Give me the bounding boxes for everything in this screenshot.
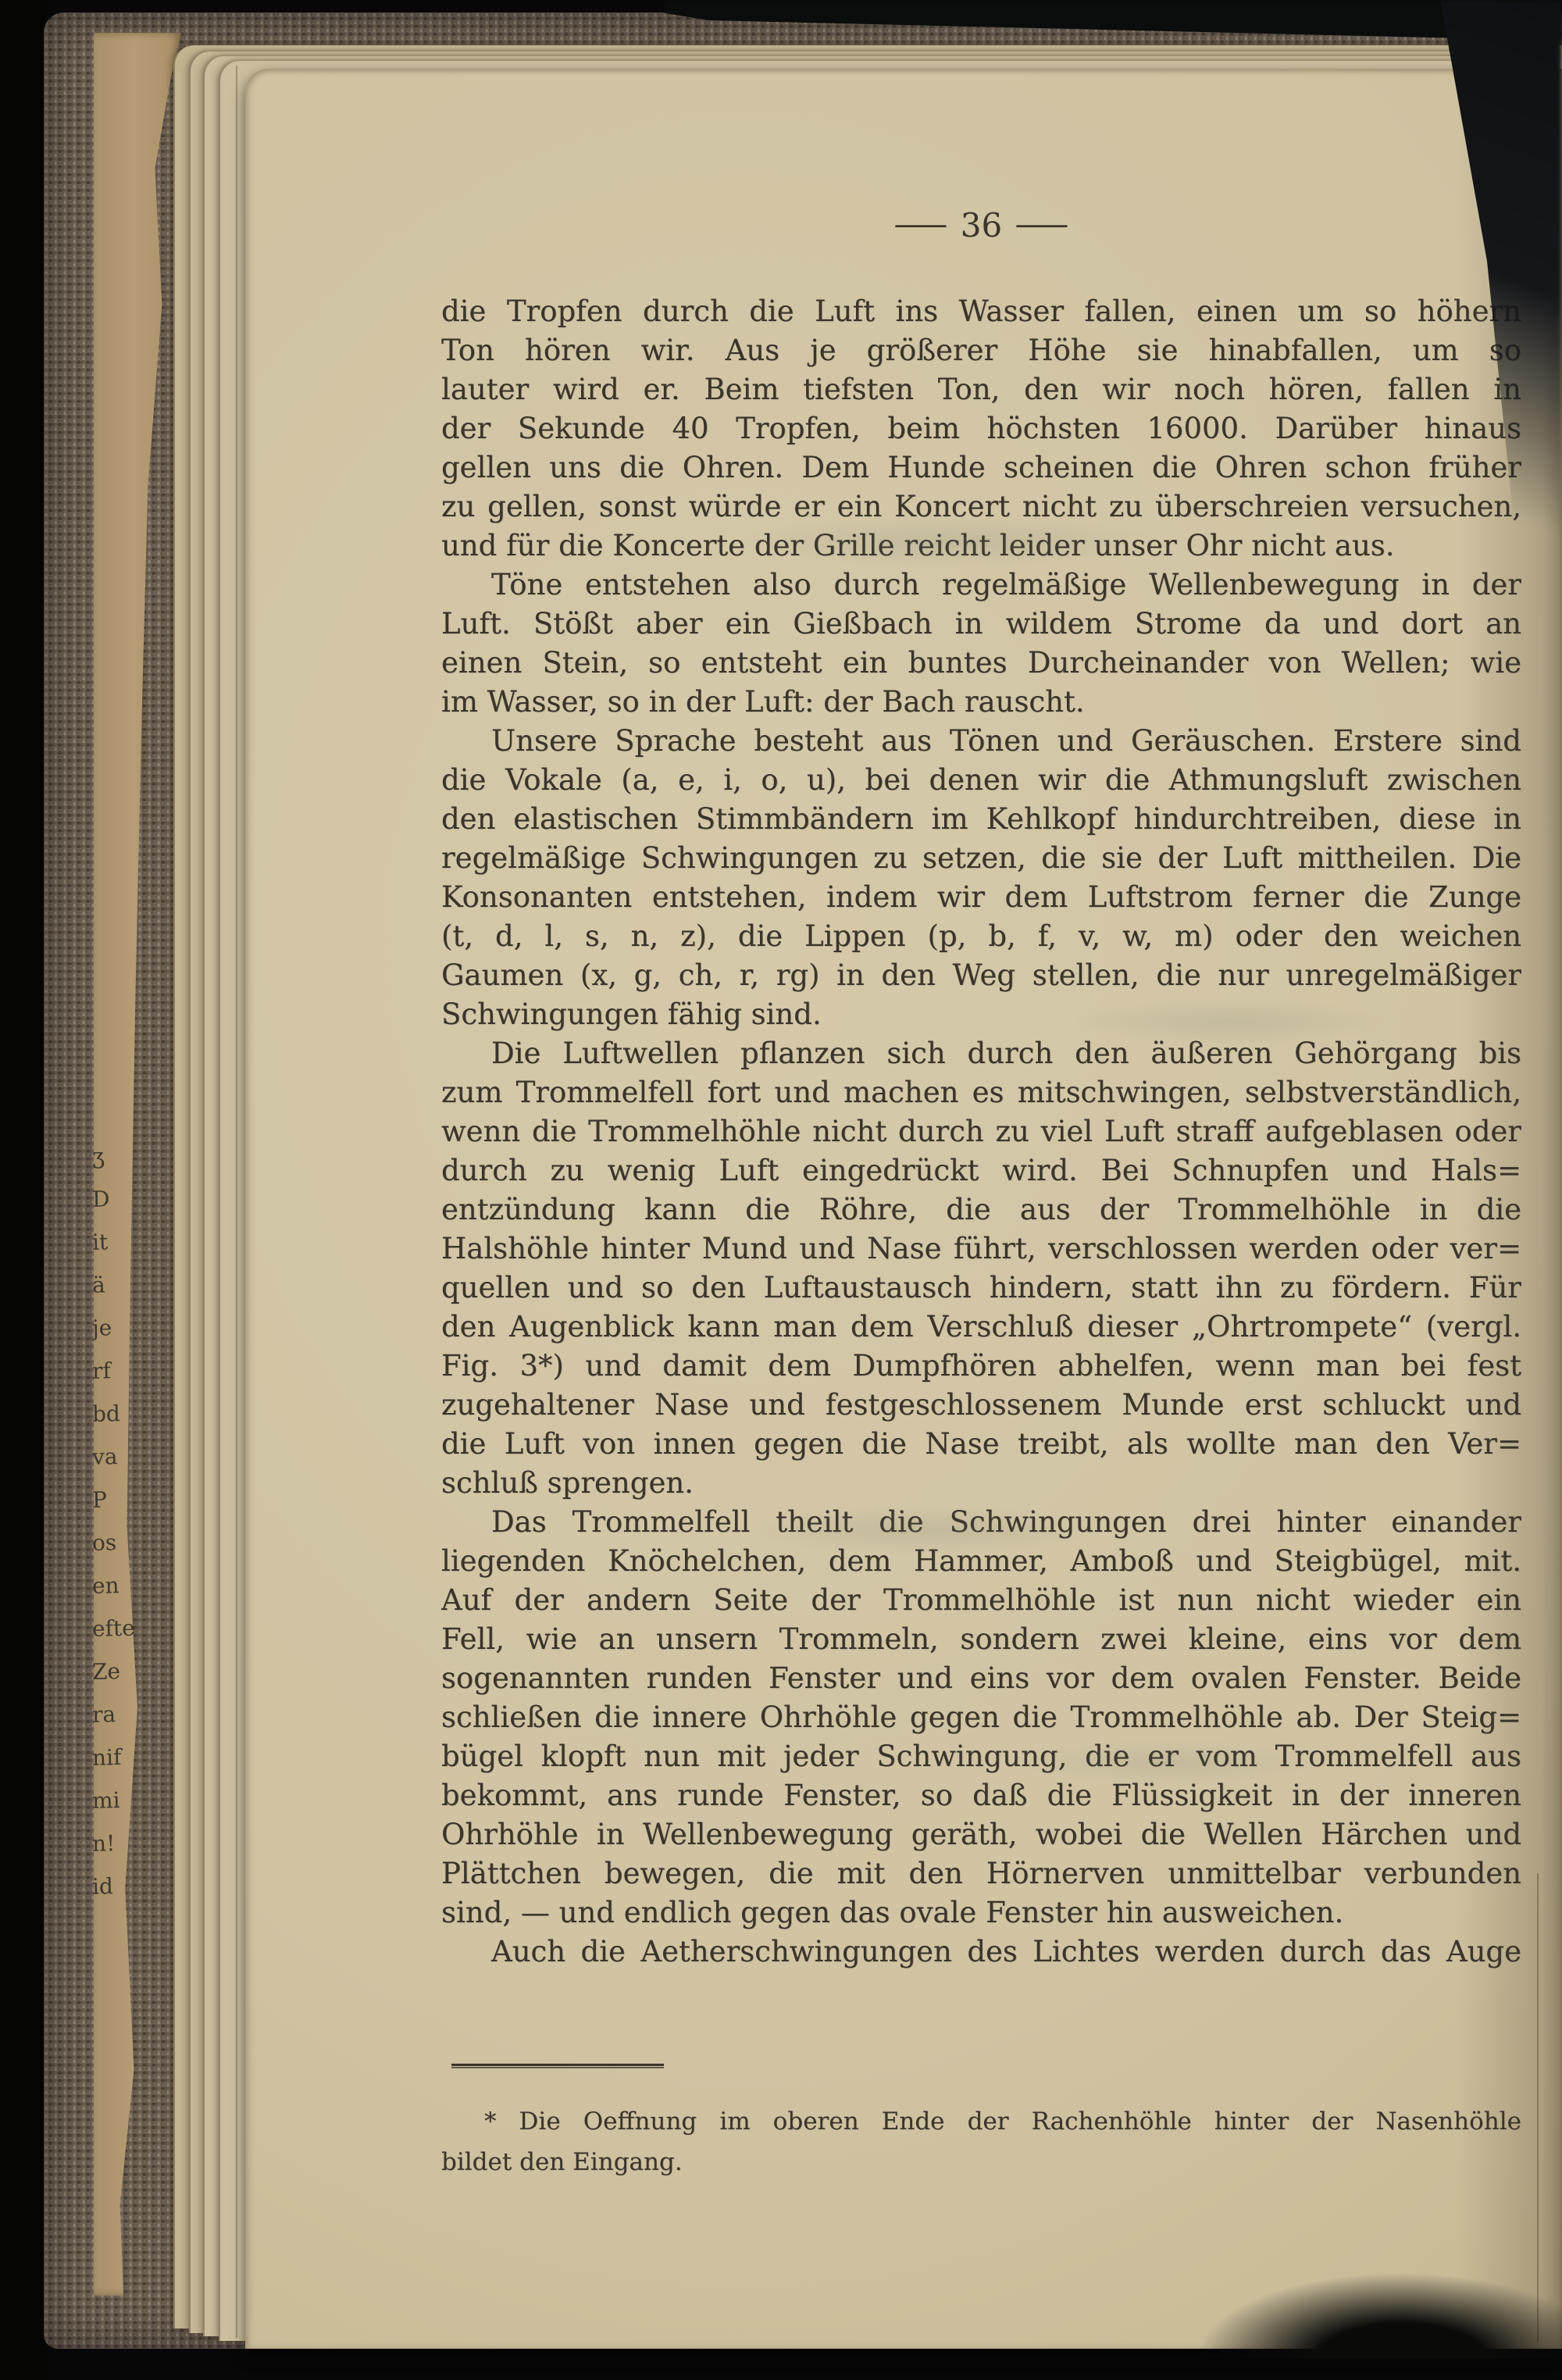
footnote-rule (451, 2064, 664, 2068)
text-line: bekommt, ans runde Fenster, so daß die F… (441, 1776, 1521, 1815)
edge-fragment: je (91, 1305, 155, 1350)
edge-fragment: rf (91, 1348, 155, 1393)
paragraph: die Tropfen durch die Luft ins Wasser fa… (441, 292, 1521, 566)
text-line: schließen die innere Ohrhöhle gegen die … (441, 1698, 1521, 1737)
text-line: Auf der andern Seite der Trommelhöhle is… (441, 1581, 1521, 1620)
text-line: durch zu wenig Luft eingedrückt wird. Be… (441, 1151, 1521, 1190)
paragraph: Das Trommelfell theilt die Schwingungen … (441, 1503, 1521, 1932)
text-line: gellen uns die Ohren. Dem Hunde scheinen… (441, 448, 1521, 487)
photo-black-left-edge (0, 0, 48, 2380)
text-line: quellen und so den Luftaustausch hindern… (441, 1269, 1521, 1308)
page-number-value: 36 (961, 206, 1002, 244)
text-line: einen Stein, so entsteht ein buntes Durc… (441, 644, 1521, 683)
text-line: die Tropfen durch die Luft ins Wasser fa… (441, 292, 1521, 331)
text-line: den elastischen Stimmbändern im Kehlkopf… (441, 800, 1521, 839)
text-line: wenn die Trommelhöhle nicht durch zu vie… (441, 1112, 1521, 1151)
edge-fragment: efte (91, 1606, 155, 1650)
text-line: (t, d, l, s, n, z), die Lippen (p, b, f,… (441, 917, 1521, 956)
page-number: —36— (441, 206, 1521, 247)
edge-fragment: ʒ (91, 1133, 155, 1178)
paragraph: Töne entstehen also durch regelmäßige We… (441, 566, 1521, 722)
footnote-line: * Die Oeffnung im oberen Ende der Rachen… (441, 2101, 1521, 2142)
text-line: den Augenblick kann man dem Verschluß di… (441, 1308, 1521, 1347)
paragraph: Die Luftwellen pflanzen sich durch den ä… (441, 1034, 1521, 1503)
photo-shadow-bottom-right (1140, 2249, 1562, 2358)
text-line: entzündung kann die Röhre, die aus der T… (441, 1190, 1521, 1229)
edge-fragment: ä (91, 1262, 155, 1307)
text-line: im Wasser, so in der Luft: der Bach raus… (441, 683, 1521, 722)
text-line: Luft. Stößt aber ein Gießbach in wildem … (441, 605, 1521, 644)
text-line: der Sekunde 40 Tropfen, beim höchsten 16… (441, 409, 1521, 448)
edge-fragment: bd (91, 1391, 155, 1436)
text-line: schluß sprengen. (441, 1464, 1521, 1503)
edge-fragment: P (91, 1477, 155, 1522)
edge-fragment: D (91, 1176, 155, 1221)
footnote-line: bildet den Eingang. (441, 2142, 1521, 2182)
text-line: Gaumen (x, g, ch, r, rg) in den Weg stel… (441, 956, 1521, 995)
text-line: Ton hören wir. Aus je größerer Höhe sie … (441, 331, 1521, 370)
text-line: Fig. 3*) und damit dem Dumpfhören abhelf… (441, 1347, 1521, 1386)
text-line: liegenden Knöchelchen, dem Hammer, Amboß… (441, 1542, 1521, 1581)
text-line: lauter wird er. Beim tiefsten Ton, den w… (441, 370, 1521, 409)
text-line: Töne entstehen also durch regelmäßige We… (441, 566, 1521, 605)
body-text: die Tropfen durch die Luft ins Wasser fa… (441, 292, 1521, 1971)
text-line: Die Luftwellen pflanzen sich durch den ä… (441, 1034, 1521, 1073)
paragraph: Unsere Sprache besteht aus Tönen und Ger… (441, 722, 1521, 1034)
text-line: Unsere Sprache besteht aus Tönen und Ger… (441, 722, 1521, 761)
paragraph: Auch die Aetherschwingungen des Lichtes … (441, 1932, 1521, 1971)
text-line: die Vokale (a, e, i, o, u), bei denen wi… (441, 761, 1521, 800)
text-line: Fell, wie an unsern Trommeln, sondern zw… (441, 1620, 1521, 1659)
footnote-text: * Die Oeffnung im oberen Ende der Rachen… (441, 2101, 1521, 2182)
text-line: Das Trommelfell theilt die Schwingungen … (441, 1503, 1521, 1542)
edge-fragment: mi (91, 1778, 155, 1822)
edge-fragment: en (91, 1563, 155, 1607)
text-line: zum Trommelfell fort und machen es mitsc… (441, 1073, 1521, 1112)
text-line: Konsonanten entstehen, indem wir dem Luf… (441, 878, 1521, 917)
edge-fragment: n! (91, 1821, 155, 1865)
text-line: und für die Koncerte der Grille reicht l… (441, 526, 1521, 566)
edge-fragment: va (91, 1434, 155, 1479)
torn-edge-fragments: ʒDitäjerfbdvaPosenefteZeranifmin!id (92, 1134, 155, 1907)
edge-fragment: nif (91, 1735, 155, 1779)
book-page: —36— die Tropfen durch die Luft ins Wass… (245, 69, 1562, 2349)
text-line: Halshöhle hinter Mund und Nase führt, ve… (441, 1229, 1521, 1269)
header-dash-left: — (893, 205, 948, 243)
text-line: sogenannten runden Fenster und eins vor … (441, 1659, 1521, 1698)
text-line: zu gellen, sonst würde er ein Koncert ni… (441, 487, 1521, 526)
text-line: Auch die Aetherschwingungen des Lichtes … (441, 1932, 1521, 1971)
edge-fragment: id (91, 1864, 155, 1908)
text-line: bügel klopft nun mit jeder Schwingung, d… (441, 1737, 1521, 1776)
text-line: zugehaltener Nase und festgeschlossenem … (441, 1386, 1521, 1425)
edge-fragment: os (91, 1520, 155, 1565)
edge-fragment: it (91, 1219, 155, 1264)
edge-fragment: Ze (91, 1649, 155, 1693)
text-line: regelmäßige Schwingungen zu setzen, die … (441, 839, 1521, 878)
text-line: sind, — und endlich gegen das ovale Fens… (441, 1893, 1521, 1932)
text-line: Schwingungen fähig sind. (441, 995, 1521, 1034)
header-dash-right: — (1015, 205, 1070, 243)
edge-fragment: ra (91, 1692, 155, 1736)
text-line: Ohrhöhle in Wellenbewegung geräth, wobei… (441, 1815, 1521, 1854)
text-line: Plättchen bewegen, die mit den Hörnerven… (441, 1854, 1521, 1893)
text-line: die Luft von innen gegen die Nase treibt… (441, 1425, 1521, 1464)
book-photo-scene: ʒDitäjerfbdvaPosenefteZeranifmin!id —36—… (0, 0, 1562, 2380)
